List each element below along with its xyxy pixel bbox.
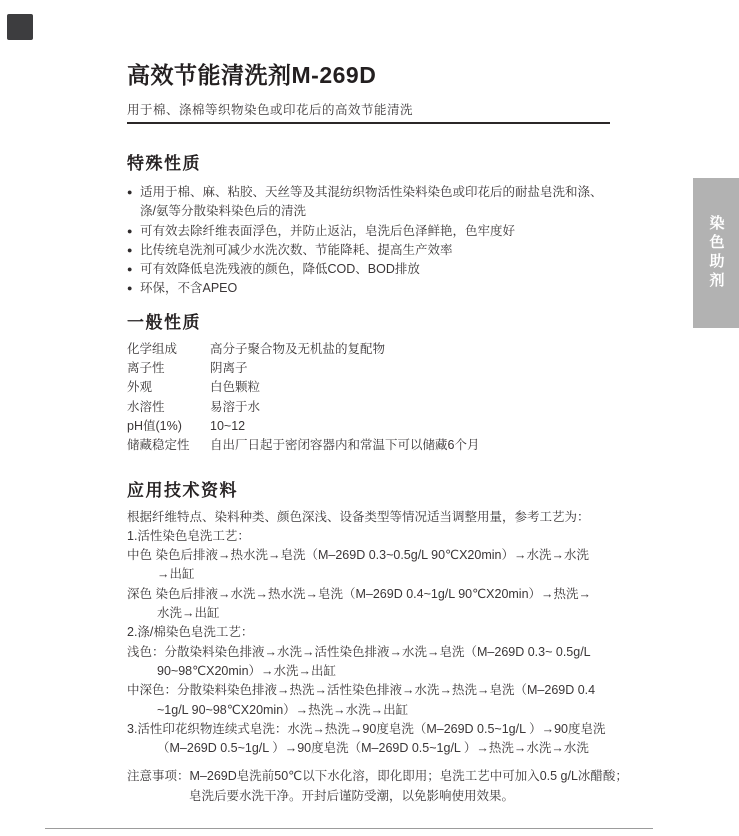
property-value: 白色颗粒 — [210, 378, 260, 397]
property-value: 10~12 — [210, 417, 245, 436]
property-value: 自出厂日起于密闭容器内和常温下可以储藏6个月 — [210, 436, 479, 455]
bullet-icon: ● — [127, 279, 140, 298]
page-title: 高效节能清洗剂M-269D — [127, 62, 667, 89]
bullet-text: 涤/氨等分散染料染色后的清洗 — [140, 202, 603, 221]
page-subtitle: 用于棉、涤棉等织物染色或印花后的高效节能清洗 — [127, 103, 667, 118]
section-heading-special: 特殊性质 — [127, 154, 667, 174]
bullet-item: ● 可有效去除纤维表面浮色，并防止返沾，皂洗后色泽鲜艳，色牢度好 — [127, 222, 667, 241]
property-row: 外观 白色颗粒 — [127, 378, 667, 397]
process-line: 根据纤维特点、染料种类、颜色深浅、设备类型等情况适当调整用量，参考工艺为： — [127, 508, 667, 527]
bullet-item: ● 环保，不含APEO — [127, 279, 667, 298]
process-line: 浅色：分散染料染色排液→水洗→活性染色排液→水洗→皂洗（M–269D 0.3~ … — [127, 643, 667, 662]
general-properties-table: 化学组成 高分子聚合物及无机盐的复配物 离子性 阴离子 外观 白色颗粒 水溶性 … — [127, 340, 667, 456]
property-row: 水溶性 易溶于水 — [127, 398, 667, 417]
process-line: 2.涤/棉染色皂洗工艺： — [127, 623, 667, 642]
section-heading-general: 一般性质 — [127, 313, 667, 333]
process-line: →出缸 — [127, 565, 667, 584]
property-row: 储藏稳定性 自出厂日起于密闭容器内和常温下可以储藏6个月 — [127, 436, 667, 455]
property-row: 化学组成 高分子聚合物及无机盐的复配物 — [127, 340, 667, 359]
header-rule — [127, 122, 610, 124]
bullet-text: 比传统皂洗剂可减少水洗次数、节能降耗、提高生产效率 — [140, 241, 453, 260]
process-line: 中深色：分散染料染色排液→热洗→活性染色排液→水洗→热洗→皂洗（M–269D 0… — [127, 681, 667, 700]
process-line: ~1g/L 90~98℃X20min）→热洗→水洗→出缸 — [127, 701, 667, 720]
application-process-lines: 根据纤维特点、染料种类、颜色深浅、设备类型等情况适当调整用量，参考工艺为： 1.… — [127, 508, 667, 759]
bullet-item: ● 可有效降低皂洗残液的颜色，降低COD、BOD排放 — [127, 260, 667, 279]
category-side-tab: 染色助剂 — [693, 178, 739, 328]
process-line: 深色 染色后排液→水洗→热水洗→皂洗（M–269D 0.4~1g/L 90℃X2… — [127, 585, 667, 604]
property-label: 离子性 — [127, 359, 210, 378]
process-line: 1.活性染色皂洗工艺： — [127, 527, 667, 546]
process-line: 水洗→出缸 — [127, 604, 667, 623]
process-line: 中色 染色后排液→热水洗→皂洗（M–269D 0.3~0.5g/L 90℃X20… — [127, 546, 667, 565]
property-row: pH值(1%) 10~12 — [127, 417, 667, 436]
datasheet-page: 染色助剂 高效节能清洗剂M-269D 用于棉、涤棉等织物染色或印花后的高效节能清… — [0, 0, 739, 836]
section-heading-application: 应用技术资料 — [127, 481, 667, 501]
property-value: 易溶于水 — [210, 398, 260, 417]
property-row: 离子性 阴离子 — [127, 359, 667, 378]
special-properties-list: ● 适用于棉、麻、粘胶、天丝等及其混纺织物活性染料染色或印花后的耐盐皂洗和涤、 … — [127, 183, 667, 299]
bullet-icon: ● — [127, 183, 140, 222]
bullet-item: ● 比传统皂洗剂可减少水洗次数、节能降耗、提高生产效率 — [127, 241, 667, 260]
property-value: 阴离子 — [210, 359, 248, 378]
property-label: 储藏稳定性 — [127, 436, 210, 455]
notice-line: 注意事项：M–269D皂洗前50℃以下水化溶，即化即用；皂洗工艺中可加入0.5 … — [127, 767, 667, 786]
bullet-text: 适用于棉、麻、粘胶、天丝等及其混纺织物活性染料染色或印花后的耐盐皂洗和涤、 — [140, 183, 603, 202]
bullet-icon: ● — [127, 222, 140, 241]
property-label: 化学组成 — [127, 340, 210, 359]
bullet-item: ● 适用于棉、麻、粘胶、天丝等及其混纺织物活性染料染色或印花后的耐盐皂洗和涤、 … — [127, 183, 667, 222]
bullet-icon: ● — [127, 260, 140, 279]
property-label: 水溶性 — [127, 398, 210, 417]
bullet-text: 可有效降低皂洗残液的颜色，降低COD、BOD排放 — [140, 260, 420, 279]
footer-rule — [45, 828, 653, 829]
notice-line: 皂洗后要水洗干净。开封后谨防受潮，以免影响使用效果。 — [127, 787, 667, 806]
property-value: 高分子聚合物及无机盐的复配物 — [210, 340, 385, 359]
process-line: 3.活性印花织物连续式皂洗：水洗→热洗→90度皂洗（M–269D 0.5~1g/… — [127, 720, 667, 739]
property-label: pH值(1%) — [127, 417, 210, 436]
bullet-icon: ● — [127, 241, 140, 260]
bullet-text: 环保，不含APEO — [140, 279, 237, 298]
notice-block: 注意事项：M–269D皂洗前50℃以下水化溶，即化即用；皂洗工艺中可加入0.5 … — [127, 767, 667, 806]
property-label: 外观 — [127, 378, 210, 397]
brand-mark — [7, 14, 33, 40]
process-line: （M–269D 0.5~1g/L ）→90度皂洗（M–269D 0.5~1g/L… — [127, 739, 667, 758]
document-content: 高效节能清洗剂M-269D 用于棉、涤棉等织物染色或印花后的高效节能清洗 特殊性… — [127, 62, 667, 806]
bullet-text: 可有效去除纤维表面浮色，并防止返沾，皂洗后色泽鲜艳，色牢度好 — [140, 222, 515, 241]
process-line: 90~98℃X20min）→水洗→出缸 — [127, 662, 667, 681]
side-tab-label: 染色助剂 — [706, 215, 727, 291]
